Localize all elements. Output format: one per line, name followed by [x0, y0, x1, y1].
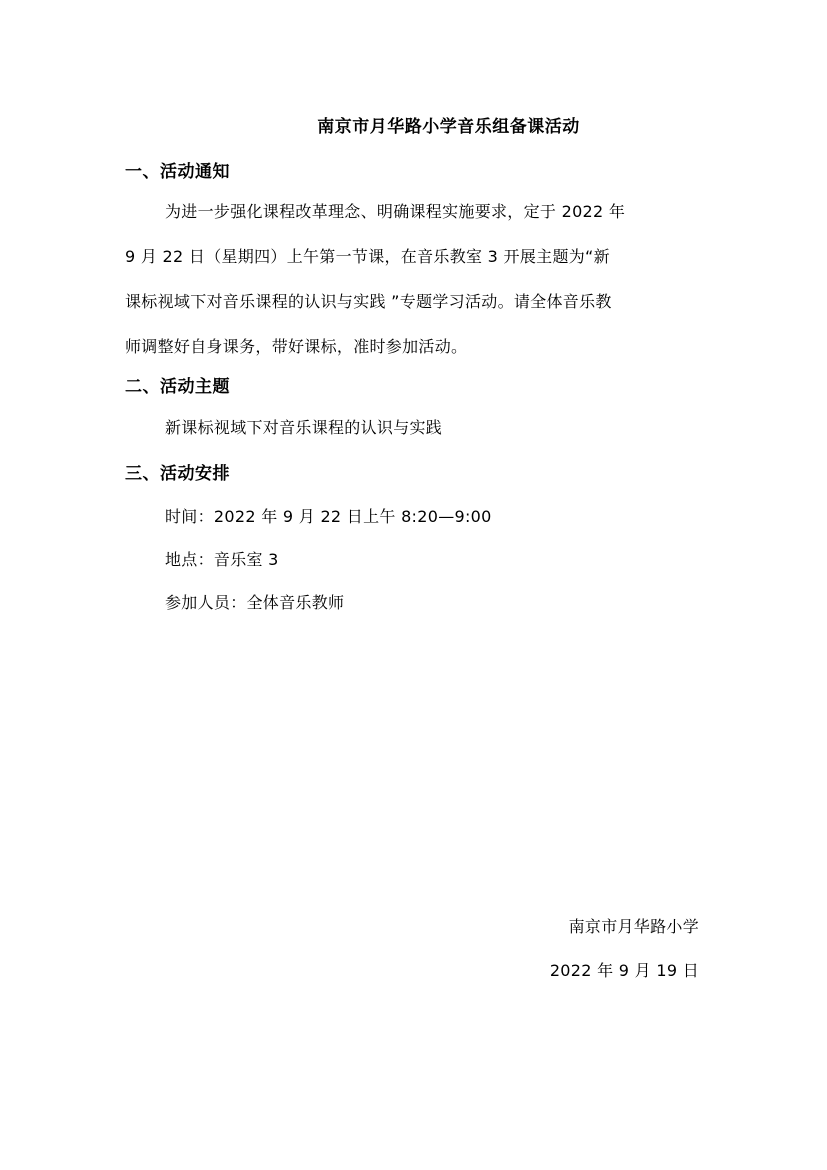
theme-text: 新课标视域下对音乐课程的认识与实践: [165, 415, 442, 438]
section-heading-schedule: 三、活动安排: [125, 459, 230, 484]
schedule-participants: 参加人员：全体音乐教师: [165, 590, 344, 613]
notice-line-2: 9 月 22 日（星期四）上午第一节课，在音乐教室 3 开展主题为“新: [125, 234, 700, 279]
section-heading-notice: 一、活动通知: [125, 157, 230, 182]
section-heading-theme: 二、活动主题: [125, 372, 230, 397]
signature-date: 2022 年 9 月 19 日: [550, 958, 699, 981]
notice-line-1: 为进一步强化课程改革理念、明确课程实施要求，定于 2022 年: [125, 189, 700, 234]
notice-paragraph: 为进一步强化课程改革理念、明确课程实施要求，定于 2022 年 9 月 22 日…: [125, 189, 700, 369]
document-title: 南京市月华路小学音乐组备课活动: [0, 112, 827, 137]
schedule-location: 地点：音乐室 3: [165, 547, 279, 570]
notice-line-4: 师调整好自身课务，带好课标，准时参加活动。: [125, 324, 700, 369]
notice-line-3: 课标视域下对音乐课程的认识与实践 ”专题学习活动。请全体音乐教: [125, 279, 700, 324]
signature-organization: 南京市月华路小学: [569, 914, 699, 937]
schedule-time: 时间：2022 年 9 月 22 日上午 8:20—9:00: [165, 504, 492, 527]
document-page: 南京市月华路小学音乐组备课活动 一、活动通知 为进一步强化课程改革理念、明确课程…: [0, 0, 827, 1170]
